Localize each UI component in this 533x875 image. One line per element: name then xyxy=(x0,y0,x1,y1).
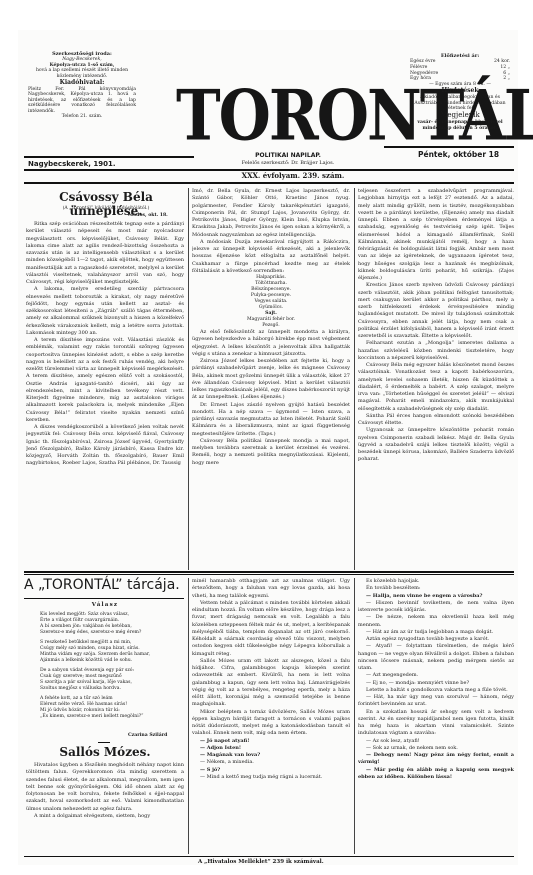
rule xyxy=(384,146,514,148)
article-column-3: teljesen összeforrt a szabadelvűpárt pro… xyxy=(358,188,514,566)
poem: Kis leveled megjött: Száz olvas válasz, … xyxy=(40,612,190,720)
subscription-box: Előfizetési ár: Egész évre24 kor. Félévr… xyxy=(410,54,510,131)
publisher-text: Pleitz Fer. Pál könyvnyomdája Nagybecske… xyxy=(28,87,136,114)
masthead-subtitle: POLITIKAI NAPILAP. xyxy=(218,152,358,159)
column-divider xyxy=(188,188,189,570)
appears-text: vasár- és ünnepnapok kivételével mindenn… xyxy=(410,120,510,131)
poem-author: Czarina Szilárd xyxy=(128,733,167,738)
article-column-2: Imó, dr. Bella Gyula, dr. Ernest Lajos l… xyxy=(192,188,350,566)
feuilleton-header: A „TORONTÁL” tárcája. xyxy=(24,576,184,594)
story-column-1: Hivatalos ügyben a főszőkén meghódolt né… xyxy=(26,762,184,852)
column-divider xyxy=(354,188,355,570)
rule xyxy=(24,182,514,184)
banquet-menu: Halpaprikás. Töltöttmarha. Bélszínpecsen… xyxy=(192,275,350,329)
short-rule xyxy=(98,742,110,743)
issue-date: Péntek, október 18 xyxy=(418,150,499,159)
masthead-title: TORONTÁL xyxy=(176,76,400,157)
column-divider xyxy=(354,578,355,854)
article-dateline: Módos, okt. 18. xyxy=(128,213,168,218)
article-column-1: Ritka szép ovációban részesítették tegna… xyxy=(26,221,184,566)
section-rule xyxy=(24,571,514,573)
place-year: Nagybecskerek, 1901. xyxy=(28,160,116,168)
publisher-title: Kiadóhivatal: xyxy=(28,79,136,87)
poem-title: Válasz xyxy=(26,602,184,608)
article-byline: (A „Torontál” kiküldött tudósítójától.) xyxy=(26,206,186,211)
ads-text: a kiadóhivatalban legolcsóbban és Ausztr… xyxy=(410,95,510,111)
phone: Telefon 21. szám. xyxy=(28,114,136,119)
story-title: Sallós Mózes. xyxy=(26,745,184,759)
office-note: hová a lap szellemi részét illető minden… xyxy=(28,68,136,79)
column-divider xyxy=(188,578,189,854)
footer-note: A „Hivatalos Melléklet” 239 ik számával. xyxy=(198,859,324,865)
ads-title: Hirdetések xyxy=(410,87,510,95)
story-column-3: Es közelebb hajoljak. Én tovább beszélte… xyxy=(358,578,514,854)
newspaper-page: Szerkesztőségi iroda: Nagy-Becskerek, Ké… xyxy=(18,30,518,865)
issue-number: XXX. évfolyam. 239. szám. xyxy=(218,171,368,180)
footer-rule xyxy=(24,856,514,857)
editorial-office-box: Szerkesztőségi iroda: Nagy-Becskerek, Ké… xyxy=(28,52,136,119)
section-rule xyxy=(24,574,514,575)
rule xyxy=(24,156,194,158)
rule xyxy=(24,598,184,599)
masthead-editor: Felelős szerkesztő: Dr. Brájjer Lajos. xyxy=(198,160,378,166)
story-column-2: minél hamarabb otthagyjam azt az unalmas… xyxy=(192,578,350,854)
